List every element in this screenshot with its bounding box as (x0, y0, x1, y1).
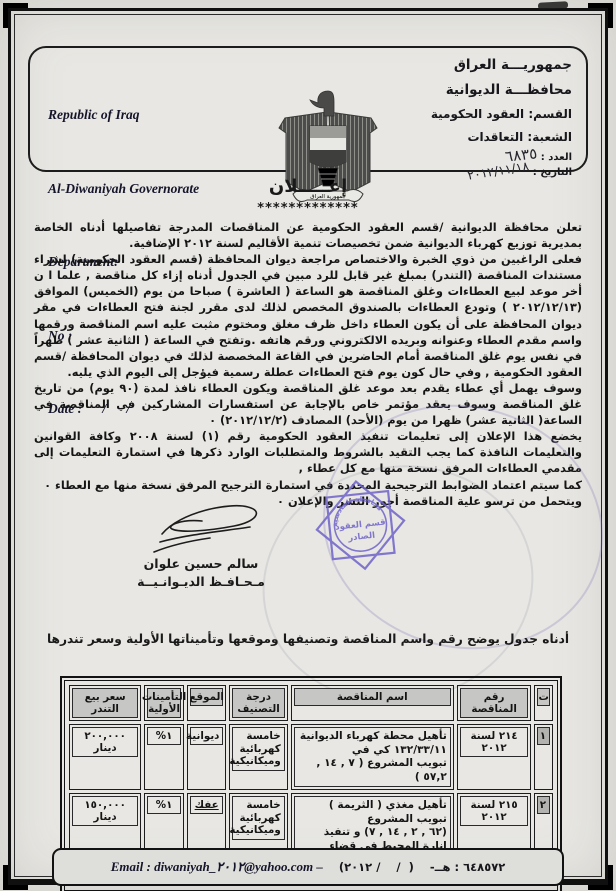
announcement-title: إعـــــلان (0, 176, 616, 197)
arabic-governorate: محافظـــة الديوانية (431, 78, 572, 103)
row1-serial: ١ (537, 727, 550, 745)
body-paragraph-5: كما سيتم اعتماد الضوابط الترجيحية المحدد… (34, 477, 582, 493)
row1-tender-price: ٢٠٠,٠٠٠ دينار (72, 727, 138, 757)
header-insurance-label: التأمينات الأولية (147, 688, 181, 718)
header-name-label: اسم المناقصة (294, 688, 451, 706)
arabic-department: القسم: العقود الحكومية (431, 103, 572, 126)
letterhead-arabic: جمهوريـــة العراق محافظـــة الديوانية ال… (431, 53, 572, 179)
row1-price-cell: ٢٠٠,٠٠٠ دينار (69, 724, 141, 790)
contact-strip: Email : diwaniyah_٢٠١٢@yahoo.com – (٢٠١٢… (52, 848, 564, 886)
number-label: العدد : (541, 152, 572, 163)
header-price-label: سعر بيع التندر (72, 688, 138, 718)
row1-tender-name: تأهيل محطة كهرباء الديوانية ١٣٢/٣٣/١١ كي… (294, 727, 451, 787)
title-divider-stars: ************* (0, 201, 616, 216)
body-paragraph-2: فعلى الراغبين من ذوي الخبرة والاختصاص مر… (34, 251, 582, 380)
body-paragraph-4: يخضع هذا الإعلان إلى تعليمات تنفيذ العقو… (34, 428, 582, 476)
header-cell-number: رقم المناقصة (457, 685, 532, 721)
row2-serial: ٢ (537, 796, 550, 814)
row2-insurance: %١ (147, 796, 181, 814)
header-grade-label: درجة التصنيف (232, 688, 284, 718)
signature-scribble (146, 498, 278, 560)
row2-tender-number: ٢١٥ لسنة ٢٠١٢ (460, 796, 529, 826)
body-paragraph-3: وسوف يهمل أي عطاء يقدم بعد موعد غلق المن… (34, 380, 582, 428)
email-address: Email : diwaniyah_٢٠١٢@yahoo.com – (111, 859, 323, 875)
row2-tender-price: ١٥٠,٠٠٠ دينار (72, 796, 138, 826)
arabic-division: الشعبة: التعاقدات (431, 126, 572, 149)
letterhead-box: Republic of Iraq Al-Diwaniyah Governorat… (28, 46, 588, 172)
phone-and-date: (٢٠١٢ / / ) -٦٤٨٥٧٢ : هــ (323, 860, 505, 874)
row2-location: عفك (190, 796, 224, 814)
frame-corner-bottom-right (588, 865, 613, 890)
header-location-label: الموقع (190, 688, 224, 706)
header-cell-serial: ت (534, 685, 553, 721)
announcement-body: تعلن محافظة الديوانية /قسم العقود الحكوم… (34, 219, 582, 509)
header-cell-insurance: التأمينات الأولية (144, 685, 184, 721)
row1-classification: خامسة كهربائية وميكانيكية (232, 727, 284, 771)
body-paragraph-1: تعلن محافظة الديوانية /قسم العقود الحكوم… (34, 219, 582, 251)
row1-name-cell: تأهيل محطة كهرباء الديوانية ١٣٢/٣٣/١١ كي… (291, 724, 454, 790)
row1-number-cell: ٢١٤ لسنة ٢٠١٢ (457, 724, 532, 790)
header-cell-name: اسم المناقصة (291, 685, 454, 721)
row1-location: ديوانية (190, 727, 224, 745)
row1-grade-cell: خامسة كهربائية وميكانيكية (229, 724, 287, 790)
row1-serial-cell: ١ (534, 724, 553, 790)
frame-corner-bottom-left (3, 865, 28, 890)
scanned-announcement-page: Republic of Iraq Al-Diwaniyah Governorat… (0, 0, 616, 891)
row1-insurance-cell: %١ (144, 724, 184, 790)
header-serial-label: ت (537, 688, 550, 706)
row1-insurance: %١ (147, 727, 181, 745)
arabic-country: جمهوريـــة العراق (431, 53, 572, 78)
table-header-row: ت رقم المناقصة اسم المناقصة درجة التصنيف… (69, 685, 553, 721)
row1-tender-number: ٢١٤ لسنة ٢٠١٢ (460, 727, 529, 757)
signatory-name: سالم حسين علوان (126, 556, 276, 571)
frame-corner-top-right (588, 3, 613, 28)
header-number-label: رقم المناقصة (460, 688, 529, 718)
body-paragraph-6: ويتحمل من ترسو علية المناقصة أجور النشر … (34, 493, 582, 509)
pre-table-note: أدناه جدول يوضح رقم واسم المناقصة وتصنيف… (0, 632, 616, 646)
header-cell-price: سعر بيع التندر (69, 685, 141, 721)
row2-classification: خامسة كهربائية وميكانيكية (232, 796, 284, 840)
table-row: ١ ٢١٤ لسنة ٢٠١٢ تأهيل محطة كهرباء الديوا… (69, 724, 553, 790)
frame-corner-top-left (3, 3, 28, 28)
header-cell-location: الموقع (187, 685, 227, 721)
signatory-title: مـحـافـظ الديـوانـيــة (126, 574, 276, 589)
row1-location-cell: ديوانية (187, 724, 227, 790)
english-country: Republic of Iraq (48, 103, 199, 128)
header-cell-grade: درجة التصنيف (229, 685, 287, 721)
